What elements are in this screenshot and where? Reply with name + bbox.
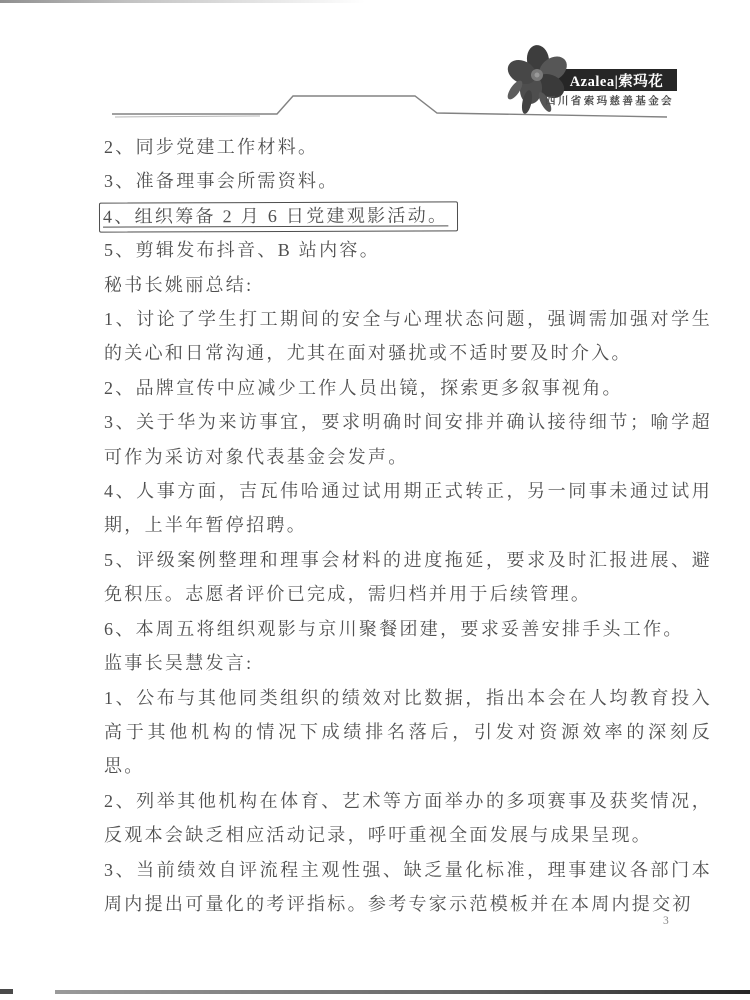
list-item: 5、评级案例整理和理事会材料的进度拖延，要求及时汇报进展、避免积压。志愿者评价已… [104, 543, 712, 612]
list-item: 3、当前绩效自评流程主观性强、缺乏量化标准，理事建议各部门本周内提出可量化的考评… [104, 853, 712, 922]
list-item: 1、公布与其他同类组织的绩效对比数据，指出本会在人均教育投入高于其他机构的情况下… [104, 681, 712, 784]
list-item: 3、关于华为来访事宜，要求明确时间安排并确认接待细节；喻学超可作为采访对象代表基… [104, 405, 712, 474]
scan-artifact-bottom-left [0, 989, 13, 994]
list-item: 6、本周五将组织观影与京川聚餐团建，要求妥善安排手头工作。 [104, 612, 712, 646]
list-item: 1、讨论了学生打工期间的安全与心理状态问题，强调需加强对学生的关心和日常沟通，尤… [104, 302, 712, 371]
scan-artifact-bottom-edge [55, 990, 750, 994]
list-item: 4、人事方面，吉瓦伟哈通过试用期正式转正，另一同事未通过试用期，上半年暂停招聘。 [104, 474, 712, 543]
handdrawn-box-annotation: 4、组织筹备 2 月 6 日党建观影活动。 [99, 201, 458, 232]
list-item: 2、列举其他机构在体育、艺术等方面举办的多项赛事及获奖情况，反观本会缺乏相应活动… [104, 784, 712, 853]
document-body: 2、同步党建工作材料。 3、准备理事会所需资料。 4、组织筹备 2 月 6 日党… [104, 130, 712, 921]
list-item-boxed: 4、组织筹备 2 月 6 日党建观影活动。 [104, 199, 712, 233]
page-number: 3 [663, 915, 669, 927]
list-item: 2、品牌宣传中应减少工作人员出镜，探索更多叙事视角。 [104, 371, 712, 405]
scanned-document-page: Azalea|索玛花 四川省索玛慈善基金会 2、同步党建工作材料。 3、准备理事… [0, 0, 750, 1000]
logo-org-name: 四川省索玛慈善基金会 [545, 93, 680, 108]
list-item: 3、准备理事会所需资料。 [104, 164, 712, 198]
section-heading: 秘书长姚丽总结: [104, 268, 712, 302]
logo-banner-text: Azalea|索玛花 [570, 70, 664, 91]
list-item: 5、剪辑发布抖音、B 站内容。 [104, 233, 712, 267]
section-heading: 监事长吴慧发言: [104, 646, 712, 680]
list-item: 2、同步党建工作材料。 [104, 130, 712, 164]
letterhead-rule [0, 0, 750, 130]
